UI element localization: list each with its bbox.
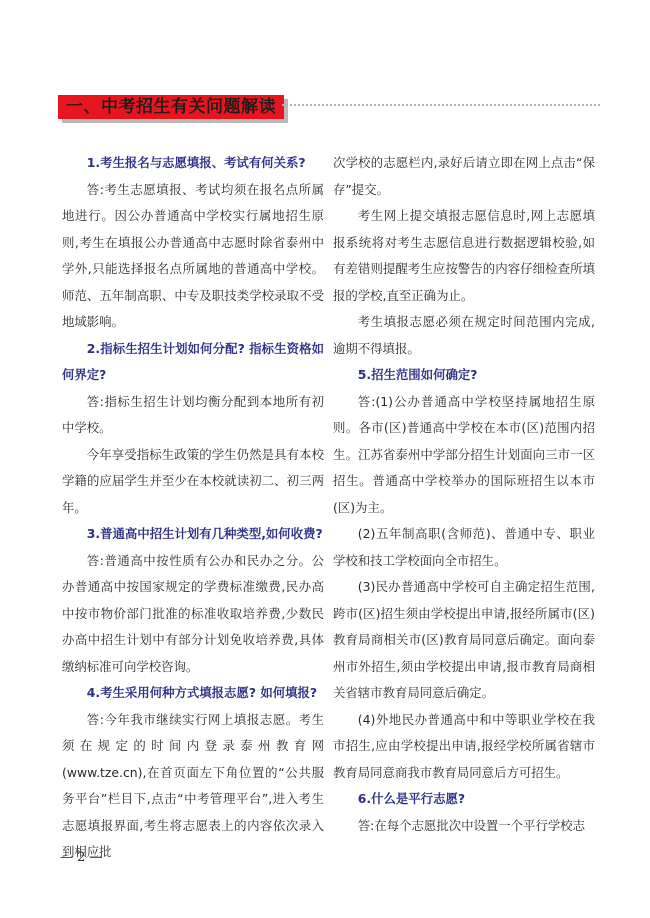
question-heading: 2.指标生招生计划如何分配? 指标生资格如何界定? [62, 336, 324, 389]
answer-paragraph: 答:普通高中按性质有公办和民办之分。公办普通高中按国家规定的学费标准缴费,民办高… [62, 548, 324, 681]
question-heading: 5.招生范围如何确定? [333, 362, 595, 389]
question-heading: 1.考生报名与志愿填报、考试有何关系? [62, 150, 324, 177]
right-column: 次学校的志愿栏内,录好后请立即在网上点击“保存”提交。 考生网上提交填报志愿信息… [333, 150, 595, 839]
answer-paragraph: 答:今年我市继续实行网上填报志愿。考生须在规定的时间内登录泰州教育网(www.t… [62, 707, 324, 866]
section-title: 一、中考招生有关问题解读 [58, 95, 284, 119]
answer-paragraph: (3)民办普通高中学校可自主确定招生范围,跨市(区)招生须由学校提出申请,报经所… [333, 574, 595, 707]
answer-paragraph: (4)外地民办普通高中和中等职业学校在我市招生,应由学校提出申请,报经学校所属省… [333, 707, 595, 787]
page-number: — 2 — [60, 850, 103, 865]
answer-paragraph: 今年享受指标生政策的学生仍然是具有本校学籍的应届学生并至少在本校就读初二、初三两… [62, 442, 324, 522]
answer-paragraph: 答:考生志愿填报、考试均须在报名点所属地进行。因公办普通高中学校实行属地招生原则… [62, 177, 324, 336]
question-heading: 6.什么是平行志愿? [333, 786, 595, 813]
section-header: 一、中考招生有关问题解读 [58, 95, 284, 119]
answer-paragraph: 考生填报志愿必须在规定时间范围内完成,逾期不得填报。 [333, 309, 595, 362]
answer-paragraph: 答:在每个志愿批次中设置一个平行学校志 [333, 813, 595, 840]
left-column: 1.考生报名与志愿填报、考试有何关系? 答:考生志愿填报、考试均须在报名点所属地… [62, 150, 324, 866]
answer-paragraph-continued: 次学校的志愿栏内,录好后请立即在网上点击“保存”提交。 [333, 150, 595, 203]
answer-paragraph: 考生网上提交填报志愿信息时,网上志愿填报系统将对考生志愿信息进行数据逻辑校验,如… [333, 203, 595, 309]
question-heading: 3.普通高中招生计划有几种类型,如何收费? [62, 521, 324, 548]
question-heading: 4.考生采用何种方式填报志愿? 如何填报? [62, 680, 324, 707]
answer-paragraph: 答:指标生招生计划均衡分配到本地所有初中学校。 [62, 389, 324, 442]
dotted-divider [282, 104, 600, 106]
answer-paragraph: (2)五年制高职(含师范)、普通中专、职业学校和技工学校面向全市招生。 [333, 521, 595, 574]
answer-paragraph: 答:(1)公办普通高中学校坚持属地招生原则。各市(区)普通高中学校在本市(区)范… [333, 389, 595, 522]
